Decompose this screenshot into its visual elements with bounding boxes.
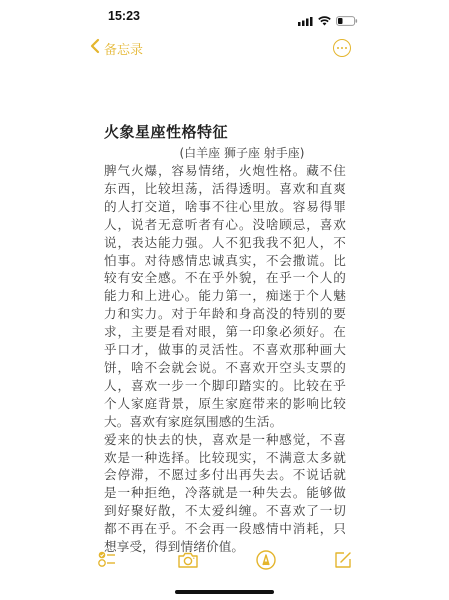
bottom-toolbar (0, 548, 449, 574)
more-options-button[interactable] (333, 39, 351, 57)
note-content[interactable]: 火象星座性格特征 (白羊座 狮子座 射手座) 脾气火爆，容易情绪，火炮性格。藏不… (104, 122, 346, 556)
back-button[interactable]: 备忘录 (90, 38, 143, 58)
camera-icon (176, 557, 200, 576)
battery-icon (336, 11, 358, 30)
nav-bar: 备忘录 (0, 34, 449, 64)
home-indicator[interactable] (175, 590, 274, 594)
compose-icon (331, 557, 355, 576)
note-subtitle: (白羊座 狮子座 射手座) (138, 144, 346, 162)
checklist-button[interactable] (96, 548, 120, 572)
back-label: 备忘录 (104, 39, 143, 58)
ellipsis-dot (345, 47, 347, 49)
camera-button[interactable] (176, 548, 200, 572)
wifi-icon (318, 11, 331, 30)
note-title: 火象星座性格特征 (104, 122, 346, 142)
markup-pen-icon (254, 557, 278, 576)
compose-button[interactable] (331, 548, 355, 572)
cellular-signal-icon (298, 11, 313, 30)
note-paragraph: 爱来的快去的快，喜欢是一种感觉，不喜欢是一种选择。比较现实，不满意太多就会停滞，… (104, 431, 346, 556)
checklist-icon (96, 557, 120, 576)
status-time: 15:23 (108, 9, 140, 23)
chevron-left-icon (90, 38, 100, 58)
note-paragraph: 脾气火爆，容易情绪，火炮性格。藏不住东西，比较坦荡，活得透明。喜欢和直爽的人打交… (104, 162, 346, 431)
status-icons (298, 11, 358, 30)
ellipsis-dot (341, 47, 343, 49)
note-body: 脾气火爆，容易情绪，火炮性格。藏不住东西，比较坦荡，活得透明。喜欢和直爽的人打交… (104, 162, 346, 556)
markup-button[interactable] (254, 548, 278, 572)
ellipsis-circle-icon (337, 47, 339, 49)
status-bar: 15:23 (0, 0, 449, 32)
